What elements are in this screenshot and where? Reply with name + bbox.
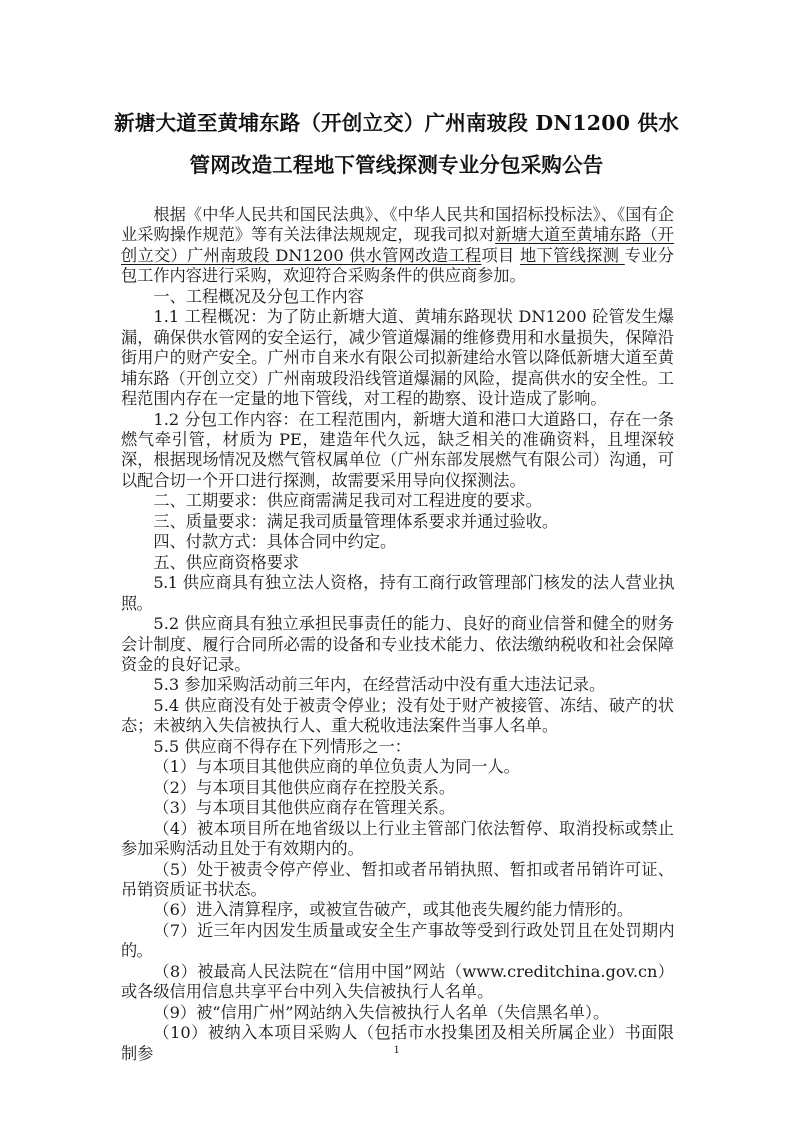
paragraph-5-4: 5.4 供应商没有处于被责令停业；没有处于财产被接管、冻结、破产的状态；未被纳入…	[121, 696, 674, 737]
subcontract-name: 地下管线探测	[520, 246, 625, 265]
document-title-line-1: 新塘大道至黄埔东路（开创立交）广州南玻段 DN1200 供水	[100, 106, 693, 136]
paragraph-5-1: 5.1 供应商具有独立法人资格，持有工商行政管理部门核发的法人营业执照。	[121, 573, 674, 614]
paragraph-5-2: 5.2 供应商具有独立承担民事责任的能力、良好的商业信誉和健全的财务会计制度、履…	[121, 614, 674, 675]
document-page: 新塘大道至黄埔东路（开创立交）广州南玻段 DN1200 供水 管网改造工程地下管…	[0, 0, 793, 1122]
list-item-7: （7）近三年内因发生质量或安全生产事故等受到行政处罚且在处罚期内的。	[121, 921, 674, 962]
list-item-1: （1）与本项目其他供应商的单位负责人为同一人。	[121, 757, 674, 777]
list-item-4: （4）被本项目所在地省级以上行业主管部门依法暂停、取消投标或禁止参加采购活动且处…	[121, 819, 674, 860]
section-heading-3: 三、质量要求：满足我司质量管理体系要求并通过验收。	[121, 512, 674, 532]
paragraph-1-2: 1.2 分包工作内容：在工程范围内，新塘大道和港口大道路口，存在一条燃气牵引管，…	[121, 410, 674, 492]
list-item-6: （6）进入清算程序，或被宣告破产，或其他丧失履约能力情形的。	[121, 900, 674, 920]
list-item-3: （3）与本项目其他供应商存在管理关系。	[121, 798, 674, 818]
intro-text-2: 项目	[481, 246, 520, 265]
page-number: 1	[0, 1042, 793, 1057]
section-heading-5: 五、供应商资格要求	[121, 553, 674, 573]
paragraph-5-3: 5.3 参加采购活动前三年内，在经营活动中没有重大违法记录。	[121, 675, 674, 695]
document-body: 根据《中华人民共和国民法典》、《中华人民共和国招标投标法》、《国有企业采购操作规…	[121, 205, 674, 1064]
list-item-9: （9）被“信用广州”网站纳入失信被执行人名单（失信黑名单）。	[121, 1003, 674, 1023]
paragraph-1-1: 1.1 工程概况：为了防止新塘大道、黄埔东路现状 DN1200 砼管发生爆漏，确…	[121, 307, 674, 409]
intro-paragraph: 根据《中华人民共和国民法典》、《中华人民共和国招标投标法》、《国有企业采购操作规…	[121, 205, 674, 287]
section-heading-4: 四、付款方式：具体合同中约定。	[121, 532, 674, 552]
paragraph-5-5: 5.5 供应商不得存在下列情形之一：	[121, 737, 674, 757]
list-item-8: （8）被最高人民法院在“信用中国”网站（www.creditchina.gov.…	[121, 962, 674, 1003]
list-item-2: （2）与本项目其他供应商存在控股关系。	[121, 778, 674, 798]
document-title-line-2: 管网改造工程地下管线探测专业分包采购公告	[100, 148, 693, 178]
list-item-5: （5）处于被责令停产停业、暂扣或者吊销执照、暂扣或者吊销许可证、吊销资质证书状态…	[121, 860, 674, 901]
section-heading-1: 一、工程概况及分包工作内容	[121, 287, 674, 307]
section-heading-2: 二、工期要求：供应商需满足我司对工程进度的要求。	[121, 491, 674, 511]
